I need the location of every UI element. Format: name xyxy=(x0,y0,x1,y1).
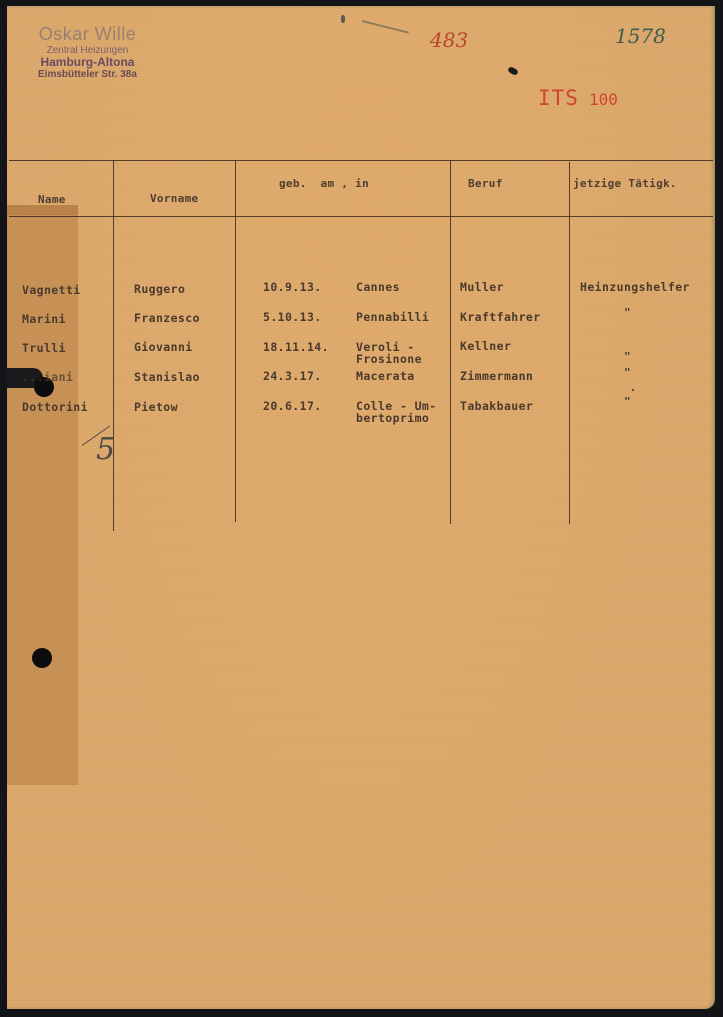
row-3-place: Veroli - Frosinone xyxy=(356,341,422,365)
row-4-beruf: Zimmermann xyxy=(460,370,533,382)
row-4-name: ...iani xyxy=(22,371,73,383)
row-1-date: 10.9.13. xyxy=(263,281,322,293)
column-divider-2 xyxy=(235,160,236,522)
table-top-rule xyxy=(9,160,713,161)
row-2-date: 5.10.13. xyxy=(263,311,322,323)
row-5-vorname: Pietow xyxy=(134,401,178,413)
letterhead-street: Eimsbütteler Str. 38a xyxy=(38,69,137,80)
green-handwritten-number: 1578 xyxy=(615,24,666,48)
row-2-ditto-mark: " xyxy=(624,306,631,319)
row-4-place: Macerata xyxy=(356,370,415,382)
table-header-rule xyxy=(9,216,713,217)
row-3-date: 18.11.14. xyxy=(263,341,329,353)
header-beruf: Beruf xyxy=(468,177,503,190)
row-5-ditto-mark: " xyxy=(624,395,631,408)
paper-speck xyxy=(341,15,345,23)
row-3-vorname: Giovanni xyxy=(134,341,193,353)
its-stamp-label: ITS xyxy=(538,86,579,110)
row-2-place: Pennabilli xyxy=(356,311,429,323)
row-4-vorname: Stanislao xyxy=(134,371,200,383)
margin-handwritten-number: 5 xyxy=(96,432,115,467)
punch-hole-lower xyxy=(32,648,52,668)
tape-edge xyxy=(7,205,78,215)
letterhead-stamp: Oskar Wille Zentral Heizungen Hamburg-Al… xyxy=(38,25,137,80)
red-handwritten-number: 483 xyxy=(430,28,468,52)
row-4-ditto-mark: " xyxy=(624,366,631,379)
row-1-name: Vagnetti xyxy=(22,284,81,296)
letterhead-city: Hamburg-Altona xyxy=(38,56,137,69)
row-1-beruf: Muller xyxy=(460,281,504,293)
column-divider-1 xyxy=(113,160,114,531)
row-3-name: Trulli xyxy=(22,342,66,354)
column-divider-3 xyxy=(450,160,451,524)
row-2-vorname: Franzesco xyxy=(134,312,200,324)
row-2-name: Marini xyxy=(22,313,66,325)
row-5-place: Colle - Um- bertoprimo xyxy=(356,400,437,424)
row-3-beruf: Kellner xyxy=(460,340,511,352)
row-1-taetigkeit: Heinzungshelfer xyxy=(580,281,690,293)
its-stamp: ITS100 xyxy=(538,86,618,110)
header-taetigkeit: jetzige Tätigk. xyxy=(573,177,677,190)
header-vorname: Vorname xyxy=(150,192,198,205)
row-3-ditto-mark: " xyxy=(624,350,631,363)
row-5-name: Dottorini xyxy=(22,401,88,413)
scanned-document: Oskar Wille Zentral Heizungen Hamburg-Al… xyxy=(0,0,723,1017)
its-stamp-number: 100 xyxy=(589,90,618,109)
row-1-vorname: Ruggero xyxy=(134,283,185,295)
ink-dot xyxy=(632,389,634,391)
header-geb: geb. am , in xyxy=(279,177,369,190)
row-5-date: 20.6.17. xyxy=(263,400,322,412)
letterhead-firm: Oskar Wille xyxy=(38,25,137,45)
row-1-place: Cannes xyxy=(356,281,400,293)
column-divider-4 xyxy=(569,162,570,524)
row-5-beruf: Tabakbauer xyxy=(460,400,533,412)
row-2-beruf: Kraftfahrer xyxy=(460,311,541,323)
row-4-date: 24.3.17. xyxy=(263,370,322,382)
header-name: Name xyxy=(38,193,66,206)
